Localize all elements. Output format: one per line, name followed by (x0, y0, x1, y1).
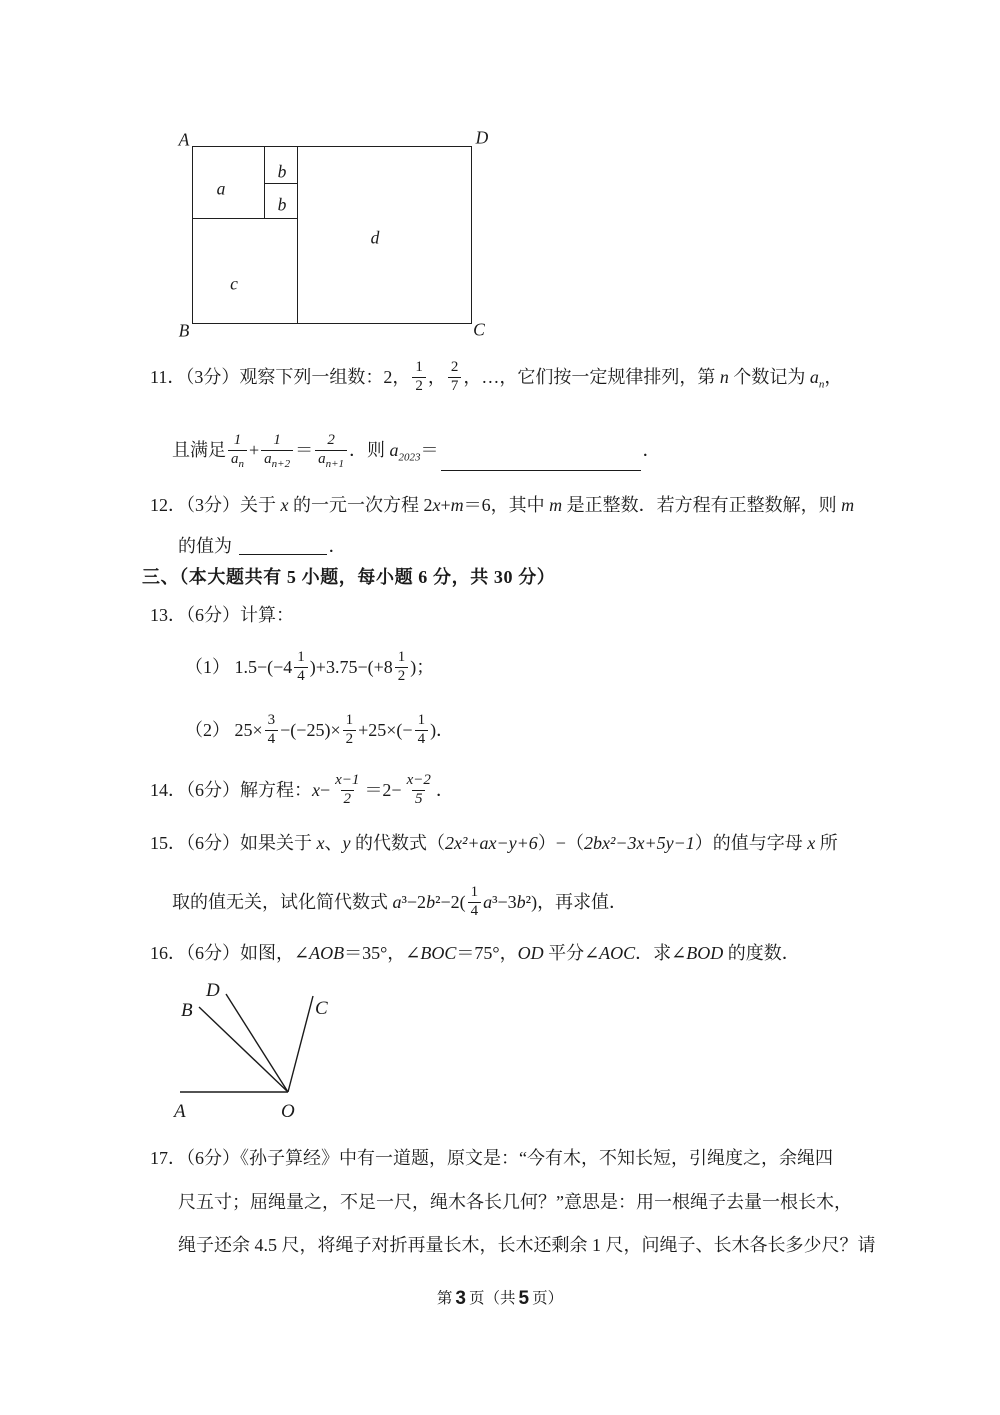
subscript: 2023 (399, 451, 421, 463)
fraction: x−25 (404, 772, 434, 808)
fraction-denominator: 2 (343, 730, 357, 749)
text-segment: 所 (815, 832, 838, 855)
region-label-c: c (230, 274, 238, 295)
subscript: n+2 (272, 458, 290, 470)
text-segment: m (841, 494, 854, 517)
text-segment: 2bx²−3x+5y−1 (584, 832, 695, 855)
question-17-line-1: 17．（6分）《孙子算经》中有一道题，原文是：“今有木，不知长短，引绳度之，余绳… (150, 1145, 833, 1171)
text-segment: 页） (532, 1289, 563, 1308)
vertex-label-A: A (179, 130, 190, 151)
text-segment: ＝ (421, 439, 439, 462)
page-number: 5 (516, 1287, 533, 1311)
text-segment: 个数记为 (729, 366, 810, 389)
point-label-C: C (315, 998, 328, 1019)
text-segment: 15．（6分）如果关于 (150, 832, 317, 855)
text-segment: 且满足 (172, 439, 226, 462)
text-segment: 、 (325, 832, 343, 855)
text-segment: a (483, 891, 492, 914)
text-segment: ． (436, 779, 454, 802)
text-segment: ． (329, 535, 347, 558)
question-13-part-2: （2） 25×34−(−25)×12+25×(−14)． (185, 703, 454, 757)
exam-page: A D B C a b b c d 11．（3分）观察下列一组数：2，12，27… (0, 0, 1000, 1415)
text-segment: 取的值无关，试化简代数式 (172, 891, 393, 914)
text-segment: ＝ (295, 439, 313, 462)
text-segment: （1） 1.5−(−4 (185, 656, 292, 679)
fraction-numerator: 1 (270, 432, 284, 450)
ray-OB (199, 1007, 288, 1092)
text-segment: 2x²+ax−y+6 (445, 832, 538, 855)
fraction: 27 (448, 359, 462, 395)
fraction-numerator: 1 (231, 432, 245, 450)
fraction-numerator: 1 (412, 359, 426, 377)
ray-OD (226, 994, 288, 1092)
vertex-label-B: B (179, 321, 190, 342)
fraction-numerator: x−1 (332, 772, 362, 790)
fraction-numerator: 2 (448, 359, 462, 377)
answer-blank[interactable] (441, 455, 641, 471)
ray-OC (288, 996, 313, 1092)
angle-diagram: D B C A O (162, 972, 352, 1124)
text-segment: )； (410, 656, 434, 679)
text-segment: ）的值与字母 (695, 832, 808, 855)
text-segment: n (720, 366, 729, 389)
text-segment: x (281, 494, 289, 517)
fraction: 1an+2 (261, 432, 293, 468)
question-12-line-2: 的值为 ． (178, 533, 347, 559)
region-label-b-top: b (278, 162, 287, 183)
text-segment: x (433, 494, 441, 517)
fraction-denominator: 7 (448, 377, 462, 396)
text-segment: ＝75°， (456, 942, 517, 965)
text-segment: 的度数． (723, 942, 800, 965)
text-segment: ³−3 (492, 891, 517, 914)
fraction-denominator: 4 (415, 730, 429, 749)
divider-line-horizontal (193, 218, 297, 219)
subscript: n (239, 458, 245, 470)
fraction-numerator: 1 (468, 884, 482, 902)
question-13-part-1: （1） 1.5−(−414)+3.75−(+812)； (185, 640, 434, 694)
fraction-denominator: an+2 (261, 450, 293, 469)
text-segment: a2023 (390, 439, 421, 462)
text-segment: 是正整数．若方程有正整数解，则 (562, 494, 841, 517)
text-segment: AOC (599, 942, 635, 965)
text-segment: 平分∠ (544, 942, 600, 965)
text-segment: + (441, 494, 451, 517)
text-segment: m (451, 494, 464, 517)
fraction-denominator: 2 (412, 377, 426, 396)
text-segment: x (317, 832, 325, 855)
region-label-b-bottom: b (278, 195, 287, 216)
text-segment: 的一元一次方程 2 (289, 494, 433, 517)
text-segment: ＝2− (364, 779, 401, 802)
text-segment: ²−2( (435, 891, 466, 914)
text-segment: 绳子还余 4.5 尺，将绳子对折再量长木，长木还剩余 1 尺，问绳子、长木各长多… (178, 1234, 876, 1257)
answer-blank[interactable] (239, 539, 327, 555)
text-segment: + (249, 439, 259, 462)
fraction-numerator: x−2 (404, 772, 434, 790)
text-segment: b (517, 891, 526, 914)
vertex-label-C: C (473, 320, 485, 341)
text-segment: y (343, 832, 351, 855)
question-11-line-1: 11．（3分）观察下列一组数：2，12，27，…，它们按一定规律排列，第 n 个… (150, 354, 842, 400)
text-segment: ， (824, 366, 842, 389)
point-label-O: O (281, 1101, 295, 1122)
text-segment: ．则 (349, 439, 390, 462)
fraction: 12 (412, 359, 426, 395)
text-segment: 尺五寸；屈绳量之，不足一尺，绳木各长几何？”意思是：用一根绳子去量一根长木， (178, 1191, 852, 1214)
fraction-denominator: 2 (395, 667, 409, 686)
question-17-line-3: 绳子还余 4.5 尺，将绳子对折再量长木，长木还剩余 1 尺，问绳子、长木各长多… (178, 1232, 876, 1258)
text-segment: b (426, 891, 435, 914)
fraction: 2an+1 (315, 432, 347, 468)
text-segment: +25×(− (358, 719, 412, 742)
fraction: 14 (415, 712, 429, 748)
text-segment: BOD (686, 942, 723, 965)
fraction-denominator: an+1 (315, 450, 347, 469)
text-segment: 第 (437, 1289, 453, 1308)
question-13-line-1: 13．（6分）计算： (150, 602, 294, 628)
fraction-denominator: 4 (265, 730, 279, 749)
text-segment: x (807, 832, 815, 855)
fraction: 34 (265, 712, 279, 748)
question-11-line-2: 且满足1an+1an+2＝2an+1．则 a2023＝． (172, 425, 661, 475)
page-footer: 第3页（共5页） (0, 1286, 1000, 1312)
text-segment: 12．（3分）关于 (150, 494, 281, 517)
region-label-a: a (217, 179, 226, 200)
fraction-denominator: 4 (294, 667, 308, 686)
subscript: n+1 (326, 458, 344, 470)
question-16-line-1: 16．（6分）如图，∠AOB＝35°，∠BOC＝75°，OD 平分∠AOC．求∠… (150, 940, 800, 966)
text-segment: OD (518, 942, 544, 965)
fraction-numerator: 1 (415, 712, 429, 730)
divider-line-vertical-right (297, 147, 298, 323)
fraction: 1an (228, 432, 247, 468)
text-segment: − (320, 779, 330, 802)
text-segment: ＝35°，∠ (344, 942, 420, 965)
text-segment: ³−2 (402, 891, 427, 914)
question-14-line-1: 14．（6分）解方程：x−x−12＝2−x−25． (150, 763, 454, 817)
text-segment: ． (643, 439, 661, 462)
text-segment: ，…，它们按一定规律排列，第 (463, 366, 720, 389)
text-segment: 11．（3分）观察下列一组数：2， (150, 366, 410, 389)
fraction: 12 (395, 649, 409, 685)
question-15-line-2: 取的值无关，试化简代数式 a³−2b²−2(14a³−3b²)，再求值． (172, 879, 627, 925)
text-segment: an (810, 366, 825, 389)
text-segment: ．求∠ (635, 942, 686, 965)
fraction: 14 (468, 884, 482, 920)
fraction-denominator: 4 (468, 902, 482, 921)
text-segment: AOB (309, 942, 344, 965)
text-segment: )+3.75−(+8 (310, 656, 393, 679)
fraction-numerator: 1 (343, 712, 357, 730)
text-segment: ， (428, 366, 446, 389)
text-segment: 14．（6分）解方程： (150, 779, 312, 802)
fraction-denominator: 2 (341, 790, 355, 809)
text-segment: ＝6，其中 (464, 494, 550, 517)
text-segment: x (312, 779, 320, 802)
text-segment: 13．（6分）计算： (150, 604, 294, 627)
fraction-numerator: 2 (324, 432, 338, 450)
text-segment: ²)，再求值． (526, 891, 627, 914)
text-segment: −(−25)× (280, 719, 340, 742)
divider-line-between-b (264, 183, 297, 184)
text-segment: m (549, 494, 562, 517)
text-segment: 的代数式（ (351, 832, 446, 855)
section-3-header: 三、（本大题共有 5 小题，每小题 6 分，共 30 分） (142, 564, 555, 590)
point-label-B: B (181, 1000, 193, 1021)
rectangle-diagram: A D B C a b b c d (192, 146, 472, 324)
fraction-numerator: 1 (294, 649, 308, 667)
text-segment: 三、（本大题共有 5 小题，每小题 6 分，共 30 分） (142, 566, 555, 589)
text-segment: a (393, 891, 402, 914)
fraction-numerator: 1 (395, 649, 409, 667)
question-17-line-2: 尺五寸；屈绳量之，不足一尺，绳木各长几何？”意思是：用一根绳子去量一根长木， (178, 1189, 852, 1215)
fraction: 12 (343, 712, 357, 748)
text-segment: 的值为 (178, 535, 237, 558)
text-segment: 页（共 (469, 1289, 516, 1308)
fraction: 14 (294, 649, 308, 685)
text-segment: 17．（6分）《孙子算经》中有一道题，原文是：“今有木，不知长短，引绳度之，余绳… (150, 1147, 833, 1170)
point-label-A: A (172, 1101, 186, 1122)
text-segment: 16．（6分）如图，∠ (150, 942, 309, 965)
fraction: x−12 (332, 772, 362, 808)
page-number: 3 (452, 1287, 469, 1311)
point-label-D: D (205, 980, 220, 1001)
fraction-denominator: 5 (412, 790, 426, 809)
fraction-numerator: 3 (265, 712, 279, 730)
text-segment: )． (430, 719, 454, 742)
question-15-line-1: 15．（6分）如果关于 x、y 的代数式（2x²+ax−y+6）−（2bx²−3… (150, 830, 838, 856)
text-segment: ）−（ (538, 832, 584, 855)
fraction-denominator: an (228, 450, 247, 469)
text-segment: BOC (420, 942, 456, 965)
region-label-d: d (371, 228, 380, 249)
question-12-line-1: 12．（3分）关于 x 的一元一次方程 2x+m＝6，其中 m 是正整数．若方程… (150, 492, 854, 518)
vertex-label-D: D (476, 128, 489, 149)
text-segment: （2） 25× (185, 719, 263, 742)
